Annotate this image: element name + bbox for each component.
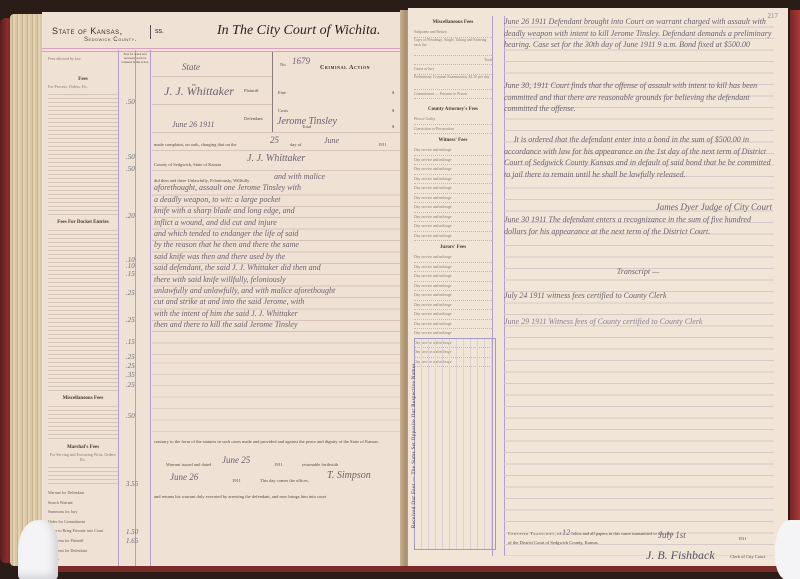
complaint-month: June (324, 136, 339, 145)
misc-fee-item: Cause at Jury (414, 65, 492, 75)
received-signatures-box (414, 338, 496, 550)
misc-fee-item: Commitment — Prisoner to Prison (414, 90, 492, 100)
county-line: County of Sedgwick, State of Kansas (154, 162, 221, 167)
fees-section-title: Fees For Docket Entries (48, 220, 118, 225)
witness-row: Day service and mileage (414, 232, 492, 242)
witness-fees-title: Witness' Fees (414, 138, 492, 143)
note-entry: It is ordered that the defendant enter i… (504, 134, 772, 180)
marshal-item: Subpoena for Plaintiff (48, 536, 118, 546)
charge-line: a deadly weapon, to wit: a large pocket (154, 194, 399, 205)
witness-row: Day service and mileage (414, 184, 492, 194)
note-entry: June 30 1911 The defendant enters a reco… (504, 214, 772, 237)
fee-amount: .50 (126, 98, 135, 106)
warrant-issued-label: Warrant issued and dated (166, 462, 211, 467)
witness-row: Day service and mileage (414, 175, 492, 185)
plaintiff-name: State (182, 62, 200, 72)
fees-fine-print (48, 464, 118, 486)
complainant-signature: J. J. Whittaker (247, 153, 305, 164)
charge-line: knife with a sharp blade and long edge, … (154, 205, 399, 216)
fee-amount: .50 (126, 412, 135, 420)
fees-fine-print (48, 403, 118, 441)
fine-dollar: $ (392, 90, 394, 95)
defendant-label: Defendant (244, 116, 263, 121)
complaint-text: made complaint, on oath, charging that o… (154, 142, 237, 147)
witness-row: Day service and mileage (414, 203, 492, 213)
charge-line: aforethought, assault one Jerome Tinsley… (154, 182, 399, 193)
marshal-item: Order to Bring Prisoner into Court (48, 526, 118, 536)
fee-amount: .25 (126, 289, 135, 297)
misc-fees-title: Miscellaneous Fees (414, 20, 492, 25)
column-divider (150, 50, 151, 568)
cert-line2: of the District Court of Sedgwick County… (508, 540, 599, 545)
county-attorney-fees-title: County Attorney's Fees (414, 107, 492, 112)
witness-row: Day service and mileage (414, 213, 492, 223)
total-dollar: $ (392, 124, 394, 129)
fees-fine-print (48, 227, 118, 392)
clerk-title: Clerk of City Court. (730, 554, 766, 559)
book-cover-right (790, 10, 800, 565)
fine-label: Fine (278, 90, 286, 95)
left-page: State of Kansas, Sedgwick County. ss. In… (42, 12, 405, 568)
charge-line: said knife was then and there used by th… (154, 251, 399, 262)
certified-transcript: Certified Transcript, of 12 folios and a… (508, 528, 674, 537)
misc-fee-item: Total (414, 56, 492, 66)
fee-amount: .50 (126, 165, 135, 173)
misc-fee-item: Subpoena and Return (414, 28, 492, 38)
marshal-item: Order for Commitment (48, 517, 118, 527)
county-attorney-item: Plea of Guilty (414, 115, 492, 125)
fee-amount: 1.50 (126, 528, 138, 536)
day-of-label: day of (290, 142, 301, 147)
criminal-action-heading: Criminal Action (320, 65, 370, 71)
header-county: Sedgwick County. (84, 37, 137, 43)
juror-row: Day service and mileage (414, 291, 492, 301)
note-entry: June 29 1911 Witness fees of County cert… (504, 316, 772, 328)
marshal-item: Warrant for Defendant (48, 488, 118, 498)
filed-date: June 26 1911 (172, 120, 215, 129)
fees-header-note: Fees allowed by law (48, 56, 118, 61)
proceedings-notes: June 26 1911 Defendant brought into Cour… (504, 16, 774, 556)
witness-row: Day service and mileage (414, 222, 492, 232)
costs-dollar: $ (392, 108, 394, 113)
charge-line: then and there to kill the said Jerome T… (154, 319, 399, 330)
book-bottom-edge (40, 566, 790, 572)
note-entry: July 24 1911 witness fees certified to C… (504, 290, 772, 302)
white-glove-left (18, 520, 58, 579)
misc-fee-item: Copy of Pleadings, Single, Taking and En… (414, 38, 492, 56)
fee-amount: .35 (126, 371, 135, 379)
note-entry: June 26 1911 Defendant brought into Cour… (504, 16, 772, 51)
fee-amount: .25 (126, 316, 135, 324)
cert-date: July 1st (658, 530, 686, 540)
judge-signature: James Dyer Judge of City Court (504, 202, 772, 214)
defendant-name: Jerome Tinsley (277, 116, 337, 127)
contrary-statute-text: contrary to the form of the statutes in … (154, 436, 402, 448)
fee-amount: 1.65 (126, 537, 138, 545)
plaintiff-label: Plaintiff (244, 88, 259, 93)
clerk-signature: J. B. Fishback (646, 548, 715, 563)
marshal-item: Notice (48, 555, 118, 565)
costs-label: Costs (278, 108, 288, 113)
fees-section-subtitle: For Process, Orders, Etc. (48, 84, 118, 89)
juror-fees-title: Jurors' Fees (414, 245, 492, 250)
fee-amount: .15 (126, 270, 135, 278)
misc-fee-item: Preliminary Criminal Examination, $1.50 … (414, 75, 492, 90)
number-label: No. (280, 62, 287, 67)
right-page: Miscellaneous Fees Subpoena and Return C… (408, 8, 788, 568)
cert-of: of (557, 531, 561, 536)
witness-row: Day service and mileage (414, 146, 492, 156)
charge-line: unlawfully and unlawfully, and with mali… (154, 285, 399, 296)
fee-amount: .25 (126, 362, 135, 370)
juror-row: Day service and mileage (414, 301, 492, 311)
witness-row: Day service and mileage (414, 165, 492, 175)
case-number: 1679 (292, 56, 310, 66)
fees-section-title: Miscellaneous Fees (48, 396, 118, 401)
court-title: In The City Court of Wichita. (217, 23, 380, 39)
officer-year: 1911 (232, 478, 241, 483)
page-edges (10, 14, 44, 566)
return-text: and returns his warrant duly executed by… (154, 494, 326, 499)
case-record: State No. 1679 Criminal Action vs Plaint… (152, 52, 402, 562)
witness-row: Day service and mileage (414, 156, 492, 166)
fees-fine-print (48, 91, 118, 216)
header-state: State of Kansas, (52, 26, 123, 36)
fee-amount: .10 (126, 262, 135, 270)
marshal-item: Subpoena for Defendant (48, 546, 118, 556)
fee-amount: .20 (126, 212, 135, 220)
warrant-year: 1911 (274, 462, 283, 467)
juror-row: Day service and mileage (414, 263, 492, 273)
officer-name: T. Simpson (327, 470, 371, 481)
cert-year: 1911 (738, 536, 747, 541)
witness-row: Day service and mileage (414, 194, 492, 204)
charge-narrative: and with malice aforethought, assault on… (154, 171, 399, 331)
charge-line: with the intent of him the said J. J. Wh… (154, 308, 399, 319)
fee-amount: 3.55 (126, 480, 138, 488)
marshal-item: Search Warrant (48, 498, 118, 508)
note-entry: June 30, 1911 Court finds that the offen… (504, 80, 772, 115)
juror-row: Day service and mileage (414, 310, 492, 320)
juror-row: Day service and mileage (414, 272, 492, 282)
white-glove-right (775, 520, 800, 579)
county-attorney-item: Conviction or Prosecution (414, 125, 492, 135)
received-fees-vertical-text: Received Our Fees — The Sums Set Opposit… (412, 362, 417, 528)
juror-row: Day service and mileage (414, 253, 492, 263)
charge-line: by the reason that he then and there the… (154, 239, 399, 250)
complaint-day: 25 (270, 135, 279, 145)
officer-date: June 26 (170, 472, 198, 482)
returnable-label: returnable forthwith (302, 462, 338, 467)
cert-folios: 12 (562, 528, 570, 537)
cert-label: Certified Transcript, (508, 531, 556, 536)
charge-line: cut and strike at and into the said Jero… (154, 296, 399, 307)
officer-comes-label: This day comes the officer, (260, 478, 309, 483)
marshal-item: Summons for Jury (48, 507, 118, 517)
charge-line: and with malice (154, 171, 399, 182)
charge-line: and which tended to endanger the life of… (154, 228, 399, 239)
juror-row: Day service and mileage (414, 282, 492, 292)
fees-section-title: Fees (48, 77, 118, 82)
fee-amount: .15 (126, 338, 135, 346)
fees-section-subtitle: For Serving and Executing Writs, Orders,… (48, 452, 118, 462)
charge-line: inflict a wound, and did cut and injure (154, 217, 399, 228)
column-divider (135, 50, 136, 568)
charge-line: said defendant, the said J. J. Whittaker… (154, 262, 399, 273)
fee-amount: .25 (126, 381, 135, 389)
column-divider (118, 50, 119, 568)
charge-line: there with said knife willfully, felonio… (154, 274, 399, 285)
fee-amount: .50 (126, 153, 135, 161)
amount-column-header: Fees for actual and necessary services r… (120, 52, 150, 64)
complaint-year: 1911 (378, 142, 387, 147)
juror-row: Day service and mileage (414, 320, 492, 330)
header-ss: ss. (150, 25, 164, 39)
fees-section-title: Marshal's Fees (48, 445, 118, 450)
fee-amount: .25 (126, 353, 135, 361)
fees-schedule: Fees allowed by law Fees For Process, Or… (48, 56, 118, 566)
warrant-date: June 25 (222, 455, 250, 465)
transcript-heading: Transcript — (504, 266, 772, 278)
ledger-book: State of Kansas, Sedgwick County. ss. In… (0, 0, 800, 579)
complainant-name: J. J. Whittaker (164, 84, 234, 99)
